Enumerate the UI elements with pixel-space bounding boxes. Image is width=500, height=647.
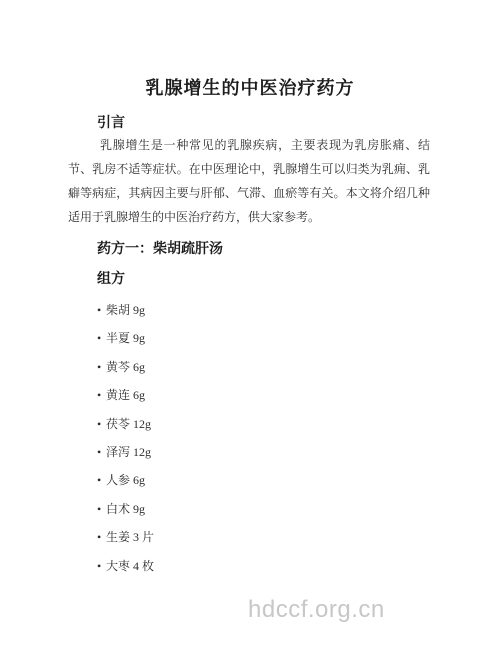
bullet-icon: •	[97, 353, 106, 381]
ingredient-text: 半夏 9g	[106, 331, 145, 345]
ingredient-text: 人参 6g	[106, 473, 145, 487]
watermark: hdccf.org.cn	[248, 596, 385, 624]
ingredient-item: •柴胡 9g	[97, 296, 154, 324]
document-title: 乳腺增生的中医治疗药方	[0, 76, 500, 100]
intro-heading: 引言	[97, 116, 125, 132]
document-page: 乳腺增生的中医治疗药方 引言 乳腺增生是一种常见的乳腺疾病，主要表现为乳房胀痛、…	[0, 0, 500, 647]
bullet-icon: •	[97, 410, 106, 438]
bullet-icon: •	[97, 495, 106, 523]
bullet-icon: •	[97, 552, 106, 580]
ingredient-text: 泽泻 12g	[106, 445, 151, 459]
bullet-icon: •	[97, 523, 106, 551]
composition-heading: 组方	[97, 272, 125, 288]
ingredient-item: •黄连 6g	[97, 381, 154, 409]
ingredient-item: •生姜 3 片	[97, 523, 154, 551]
ingredient-text: 茯苓 12g	[106, 417, 151, 431]
ingredient-item: •泽泻 12g	[97, 438, 154, 466]
ingredient-text: 白术 9g	[106, 502, 145, 516]
ingredient-text: 大枣 4 枚	[106, 559, 154, 573]
ingredient-text: 黄连 6g	[106, 388, 145, 402]
ingredient-item: •半夏 9g	[97, 324, 154, 352]
ingredient-item: •茯苓 12g	[97, 410, 154, 438]
recipe-heading: 药方一：柴胡疏肝汤	[97, 242, 223, 258]
bullet-icon: •	[97, 466, 106, 494]
ingredient-text: 黄芩 6g	[106, 360, 145, 374]
ingredient-text: 柴胡 9g	[106, 303, 145, 317]
ingredient-item: •白术 9g	[97, 495, 154, 523]
bullet-icon: •	[97, 438, 106, 466]
ingredient-text: 生姜 3 片	[106, 530, 154, 544]
ingredient-item: •人参 6g	[97, 466, 154, 494]
intro-paragraph: 乳腺增生是一种常见的乳腺疾病，主要表现为乳房胀痛、结节、乳房不适等症状。在中医理…	[68, 133, 430, 229]
ingredient-item: •黄芩 6g	[97, 353, 154, 381]
ingredient-item: •大枣 4 枚	[97, 552, 154, 580]
ingredient-list: •柴胡 9g•半夏 9g•黄芩 6g•黄连 6g•茯苓 12g•泽泻 12g•人…	[97, 296, 154, 580]
bullet-icon: •	[97, 381, 106, 409]
bullet-icon: •	[97, 296, 106, 324]
bullet-icon: •	[97, 324, 106, 352]
